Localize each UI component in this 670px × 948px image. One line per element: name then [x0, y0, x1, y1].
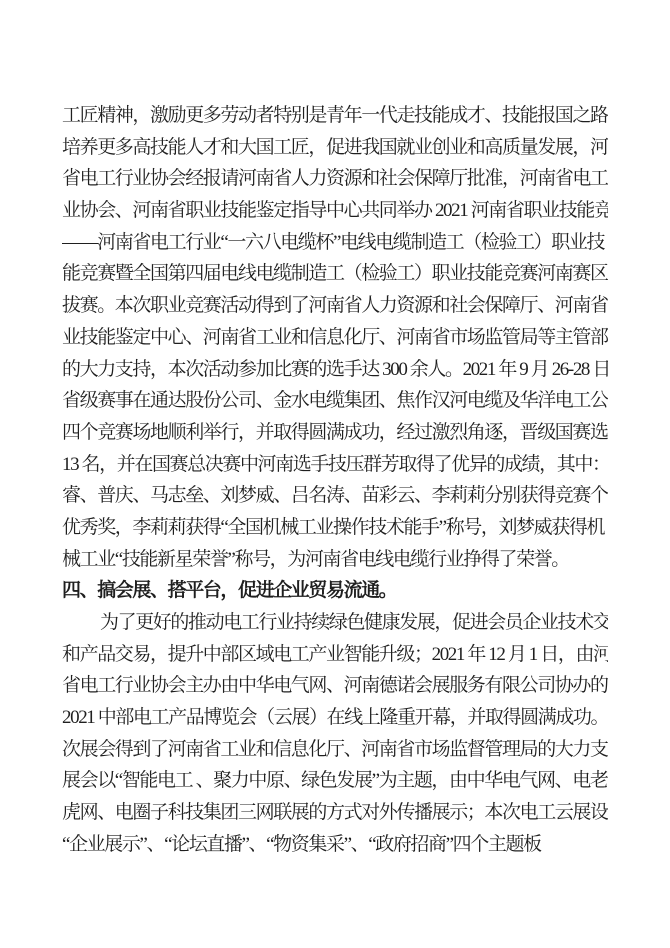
section-heading: 四、搞会展、搭平台，促进企业贸易流通。	[62, 575, 608, 607]
text-line: 四个竞赛场地顺利举行，并取得圆满成功，经过激烈角逐，晋级国赛选手	[62, 417, 608, 449]
text-line: 优秀奖，李莉莉获得“全国机械工业操作技术能手”称号，刘梦威获得机	[62, 512, 608, 544]
text-line: 的大力支持，本次活动参加比赛的选手达 300 余人。2021 年 9 月 26-…	[62, 354, 608, 386]
text-line: 2021 中部电工产品博览会（云展）在线上隆重开幕，并取得圆满成功。此	[62, 702, 608, 734]
text-line: 业协会、河南省职业技能鉴定指导中心共同举办 2021 河南省职业技能竞赛	[62, 195, 608, 227]
text-line: 省级赛事在通达股份公司、金水电缆集团、焦作汉河电缆及华洋电工公司	[62, 385, 608, 417]
text-line: 13 名，并在国赛总决赛中河南选手技压群芳取得了优异的成绩，其中：许	[62, 449, 608, 481]
text-line: 展会以“智能电工 、聚力中原、绿色发展”为主题，由中华电气网、电老	[62, 765, 608, 797]
text-line: 睿、普庆、马志垒、刘梦威、吕名涛、苗彩云、李莉莉分别获得竞赛个人	[62, 480, 608, 512]
text-line: 能竞赛暨全国第四届电线电缆制造工（检验工）职业技能竞赛河南赛区选	[62, 258, 608, 290]
text-line: 械工业“技能新星荣誉”称号，为河南省电线电缆行业挣得了荣誉。	[62, 544, 608, 576]
text-line: 次展会得到了河南省工业和信息化厅、河南省市场监督管理局的大力支持，	[62, 734, 608, 766]
text-line: 业技能鉴定中心、河南省工业和信息化厅、河南省市场监管局等主管部门	[62, 322, 608, 354]
paragraph-first-line: 为了更好的推动电工行业持续绿色健康发展，促进会员企业技术交流	[62, 607, 608, 639]
text-line: 省电工行业协会经报请河南省人力资源和社会保障厅批准，河南省电工行	[62, 163, 608, 195]
text-line: 省电工行业协会主办由中华电气网、河南德诺会展服务有限公司协办的	[62, 670, 608, 702]
document-body: 工匠精神，激励更多劳动者特别是青年一代走技能成才、技能报国之路， 培养更多高技能…	[62, 100, 608, 861]
text-line: 拔赛。本次职业竞赛活动得到了河南省人力资源和社会保障厅、河南省职	[62, 290, 608, 322]
text-line: 工匠精神，激励更多劳动者特别是青年一代走技能成才、技能报国之路，	[62, 100, 608, 132]
text-line: ——河南省电工行业“一六八电缆杯”电线电缆制造工（检验工）职业技	[62, 227, 608, 259]
text-line: 和产品交易，提升中部区域电工产业智能升级；2021 年 12 月 1 日，由河南	[62, 639, 608, 671]
text-line: “企业展示”、“论坛直播”、“物资集采”、“政府招商”四个主题板	[62, 829, 608, 861]
text-line: 培养更多高技能人才和大国工匠，促进我国就业创业和高质量发展，河南	[62, 132, 608, 164]
document-page: 工匠精神，激励更多劳动者特别是青年一代走技能成才、技能报国之路， 培养更多高技能…	[0, 0, 670, 948]
text-line: 虎网、电圈子科技集团三网联展的方式对外传播展示；本次电工云展设有	[62, 797, 608, 829]
